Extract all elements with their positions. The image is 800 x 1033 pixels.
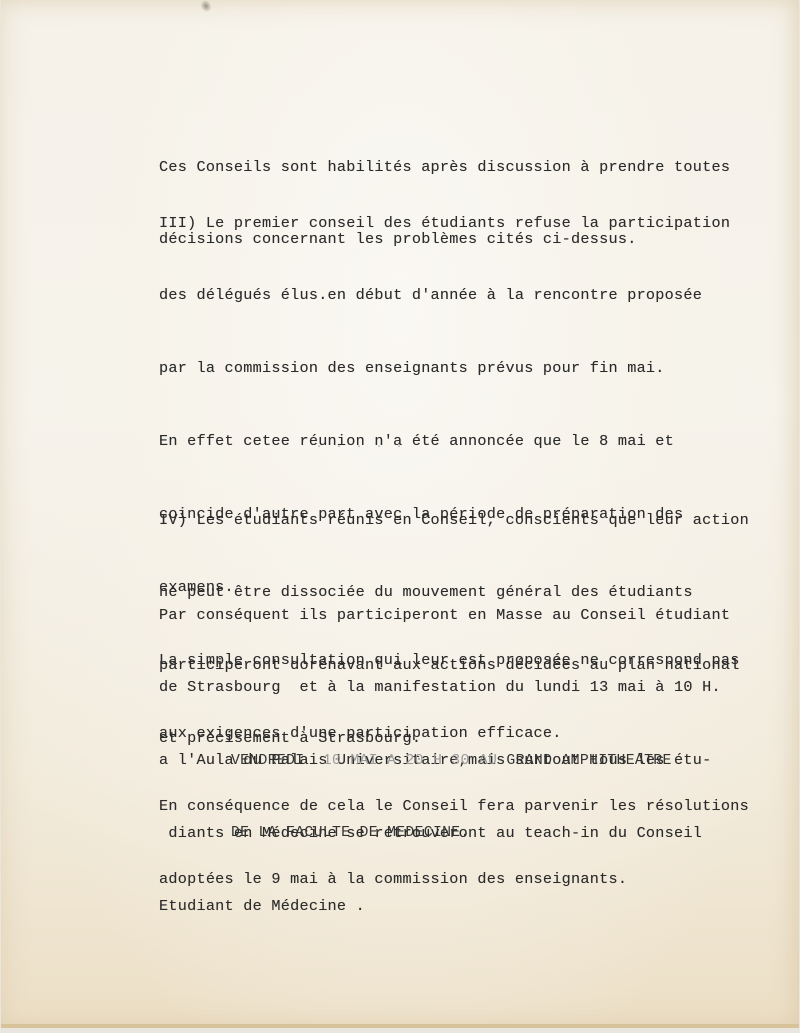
- text-line: Etudiant de Médecine .: [159, 894, 730, 918]
- paper-smudge: [199, 0, 214, 14]
- text-line: de Strasbourg et à la manifestation du l…: [159, 675, 730, 699]
- announcement-line-2: DE LA FACULTE DE MEDECINE.: [231, 821, 672, 845]
- document-page: Ces Conseils sont habilités après discus…: [1, 0, 799, 1028]
- announcement-line-1: VENDREDI 10 MAI A 20 H 30 AU GRAND AMPHI…: [231, 749, 672, 773]
- text-line: IV) Les étudiants réunis en Conseil, con…: [159, 508, 749, 532]
- announcement-date-time: 10 MAI A 20 H 30 AU: [323, 753, 497, 769]
- event-announcement: VENDREDI 10 MAI A 20 H 30 AU GRAND AMPHI…: [231, 701, 672, 893]
- text-line: En effet cetee réunion n'a été annoncée …: [159, 429, 749, 453]
- text-line: des délégués élus.en début d'année à la …: [159, 283, 749, 307]
- text-line: Par conséquent ils participeront en Mass…: [159, 603, 730, 627]
- stray-marks: . . . . .: [316, 440, 406, 451]
- text-line: par la commission des enseignants prévus…: [159, 356, 749, 380]
- text-line: III) Le premier conseil des étudiants re…: [159, 211, 749, 235]
- paper-edge: [1, 1024, 799, 1028]
- announcement-venue: GRAND AMPHITHEATRE: [497, 753, 671, 769]
- announcement-day: VENDREDI: [231, 753, 323, 769]
